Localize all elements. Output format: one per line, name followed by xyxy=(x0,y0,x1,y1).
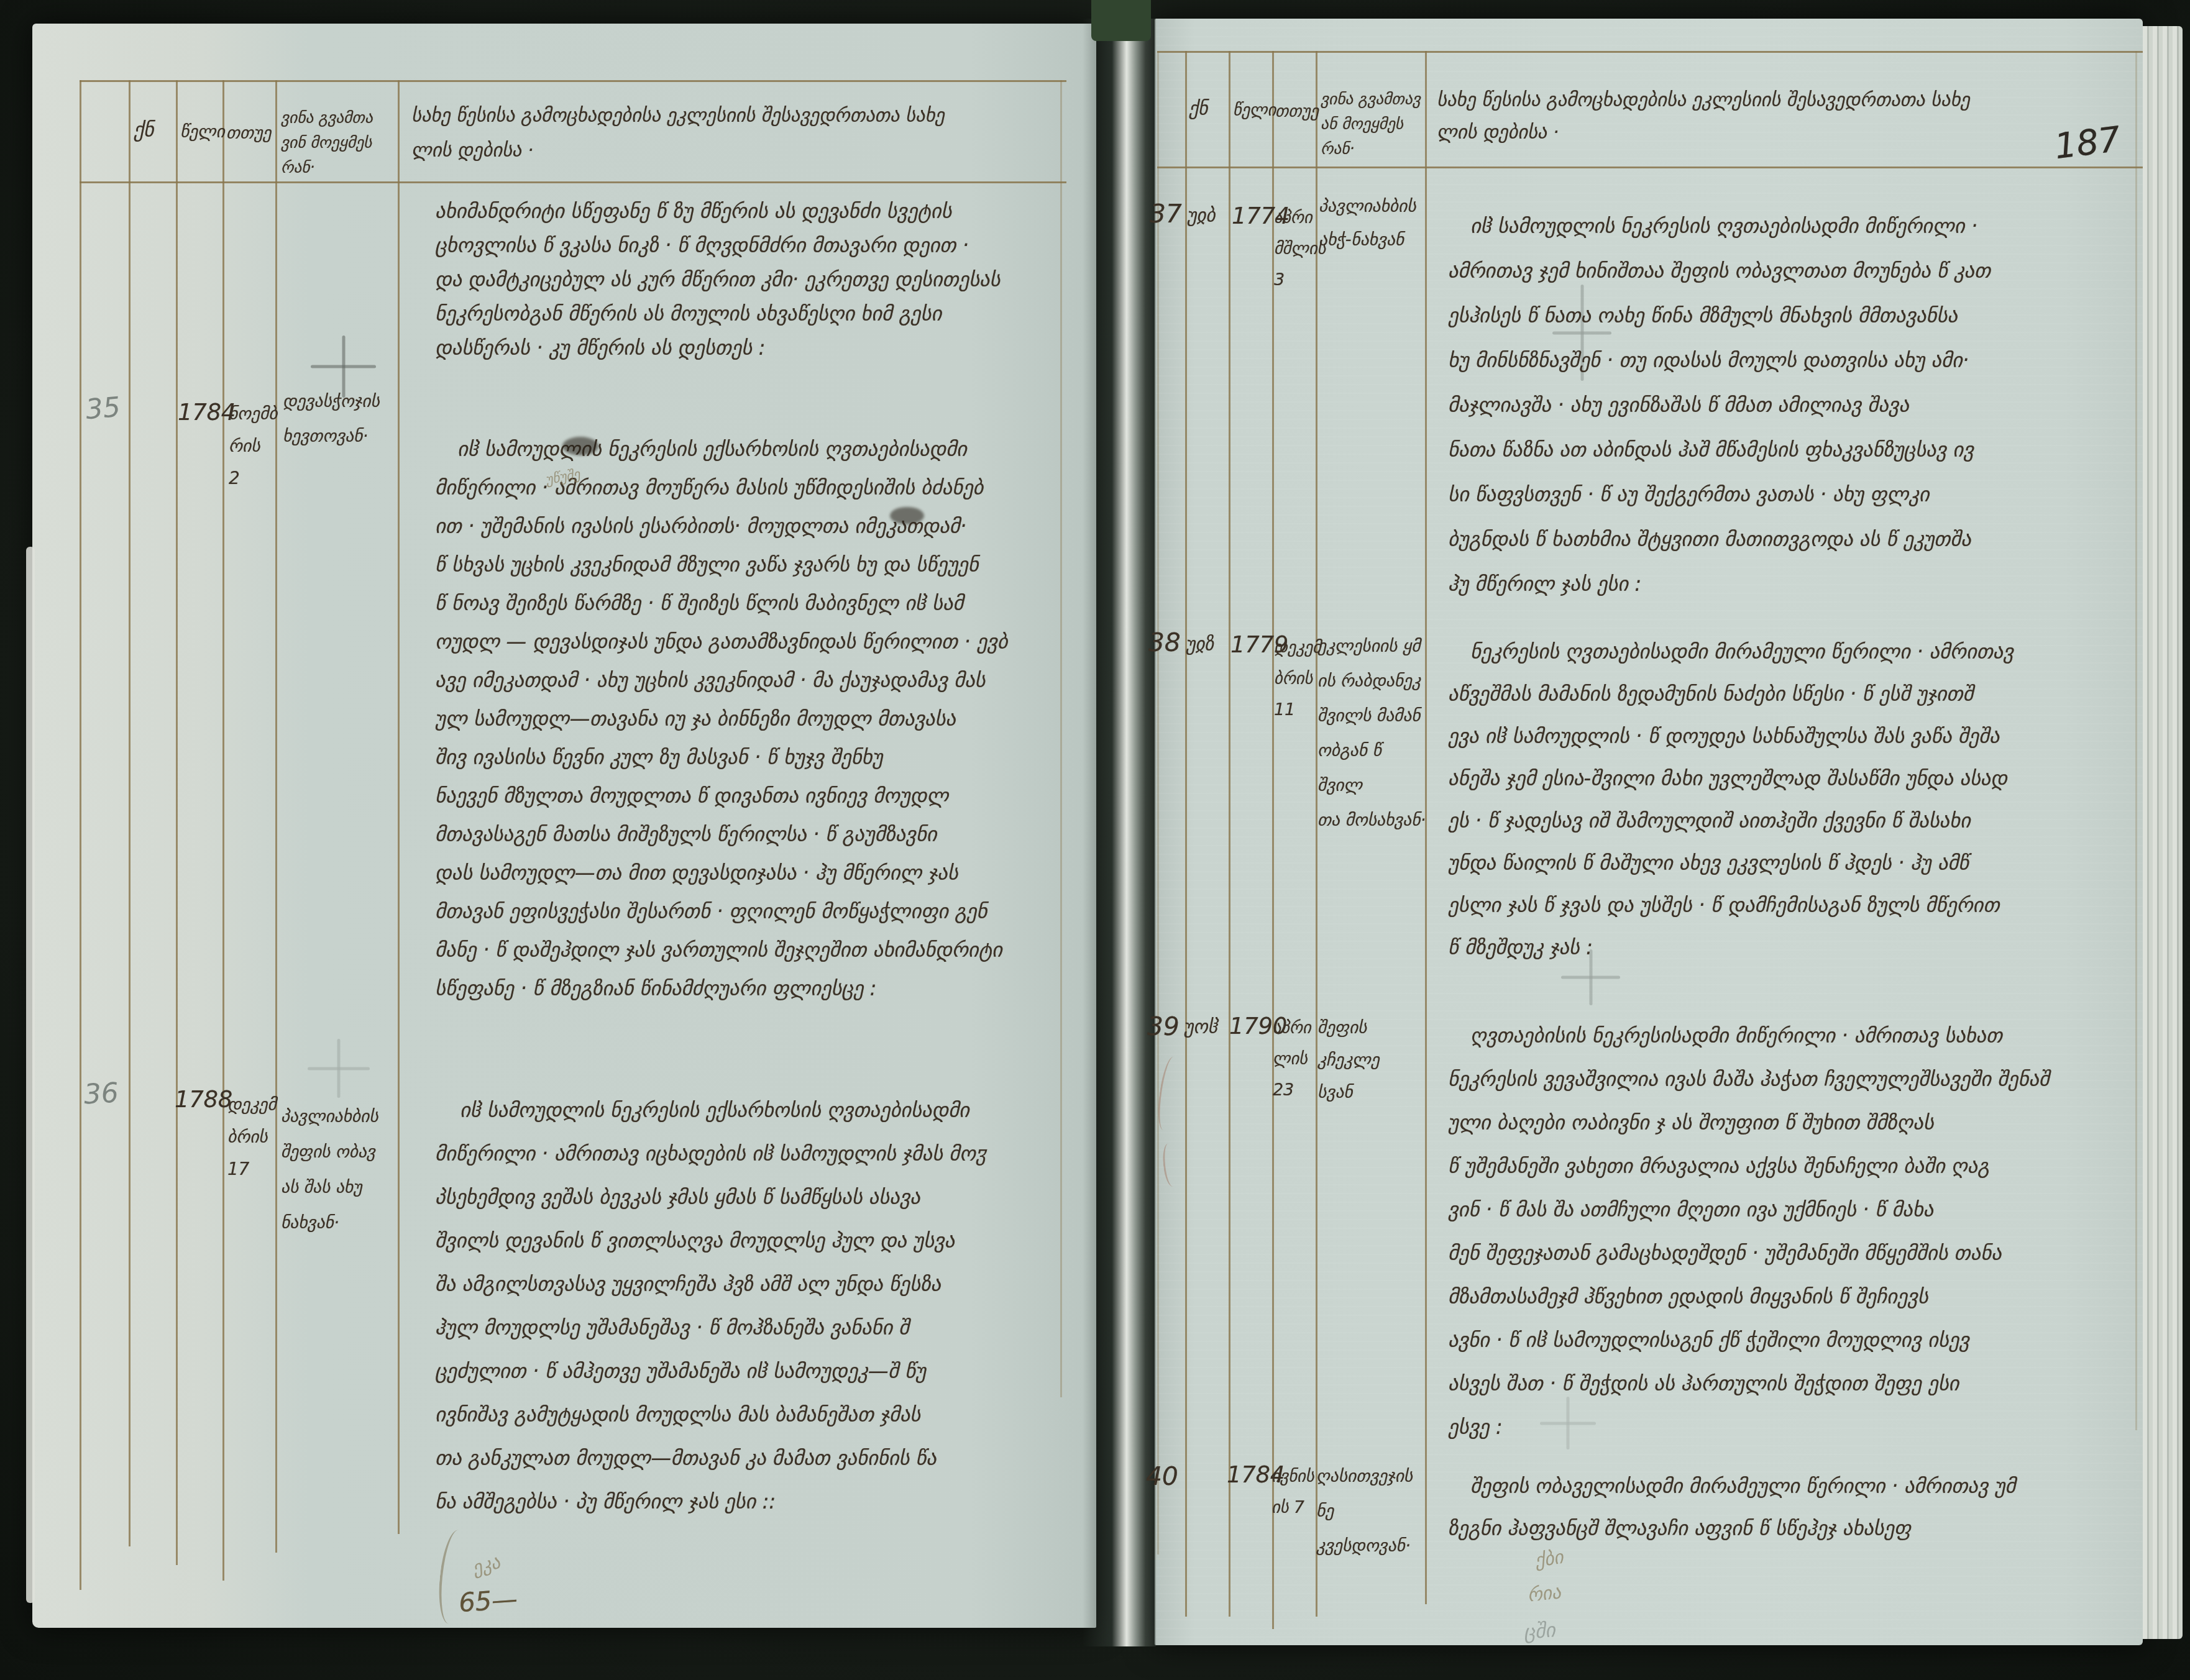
rule-line xyxy=(1185,51,1187,1617)
rule-line xyxy=(1157,51,1159,1554)
rule-line xyxy=(129,80,131,1546)
entry-body: იჱ სამოუდლის ნეკრესის ღვთაებისადმი მიწერ… xyxy=(1448,204,2128,606)
page-number: 187 xyxy=(2052,119,2122,167)
ink-blot xyxy=(890,507,924,524)
rule-line xyxy=(275,80,277,1553)
underlying-page-edge xyxy=(26,547,35,1603)
entry-chronicon: უჲბ xyxy=(1187,205,1216,227)
pencil-cross-icon xyxy=(1561,949,1620,1005)
entry-month: ივნის ის 7 xyxy=(1271,1461,1316,1523)
header-subject-label: სახე წესისა გამოცხადებისა ეკლესიის შესავ… xyxy=(1437,84,2096,148)
rule-line xyxy=(2135,51,2137,1430)
binding-cloth xyxy=(1091,0,1151,41)
ink-blot xyxy=(562,437,598,455)
rule-line xyxy=(80,80,81,1590)
entry-continuation-text: ახიმანდრიტი სწეფანე წ ზუ მწერის ას დევან… xyxy=(435,194,1063,365)
header-who-label: ვინა გვამთა ვინ მოეყმეს რან· xyxy=(281,106,399,180)
entry-name: შეფის კჩეკლე სვან xyxy=(1317,1011,1429,1108)
header-who-label: ვინა გვამთავ ან მოეყმეს რან· xyxy=(1321,87,1432,162)
entry-name: ეკლესიის ყმ ის რაბდანეკ შვილს მამან ობგა… xyxy=(1317,629,1429,838)
entry-body: ღვთაებისის ნეკრესისადმი მიწერილი · ამრით… xyxy=(1448,1014,2128,1449)
entry-number: 40 xyxy=(1146,1461,1178,1491)
header-no-label: ქნ xyxy=(1189,98,1226,120)
entry-chronicon: უოჱ xyxy=(1184,1016,1217,1038)
entry-name: ღასითვეჯის ნე კვესდოვან· xyxy=(1316,1459,1434,1563)
rule-line xyxy=(80,80,1066,82)
header-year-label: წელი xyxy=(1233,101,1274,120)
entry-number: 38 xyxy=(1148,628,1181,657)
rule-line xyxy=(1157,167,2143,168)
book-gutter xyxy=(1083,19,1156,1646)
entry-chronicon: უჲზ xyxy=(1186,634,1214,655)
entry-month: დეკემ ბრის 11 xyxy=(1274,632,1317,726)
rule-line xyxy=(222,80,224,1581)
entry-body: იჱ სამოუდლის ნეკრესის ექსარხოსის ღვთაები… xyxy=(435,1089,1069,1523)
entry-month: აპრი ლის 23 xyxy=(1273,1013,1316,1106)
rule-line xyxy=(398,80,400,1534)
rule-line xyxy=(1157,51,2143,53)
entry-name: პავლიახბის ახჭ-ნახვან xyxy=(1319,189,1427,257)
pencil-scribble: ცში xyxy=(1523,1618,1556,1643)
rule-line xyxy=(176,80,178,1565)
entry-month: ნოემბ რის 2 xyxy=(229,398,275,495)
entry-body: შეფის ობაველისადმი მირამეული წერილი · ამ… xyxy=(1448,1465,2128,1550)
rule-line xyxy=(80,181,1066,183)
header-year-label: წელი xyxy=(180,121,224,142)
entry-year: 1788 xyxy=(175,1086,232,1113)
pencil-cross-icon xyxy=(1540,1397,1596,1449)
page-edges xyxy=(2143,26,2183,1639)
pencil-cross-icon xyxy=(311,336,376,398)
entry-month: დეკემ ბრის 17 xyxy=(227,1089,274,1185)
margin-number: 35 xyxy=(85,391,122,426)
rule-line xyxy=(1229,51,1230,1617)
pencil-cross-icon xyxy=(308,1039,370,1098)
folio-ink-number: 65— xyxy=(457,1584,518,1618)
manuscript-photo: ქნ წელი თთუე ვინა გვამთა ვინ მოეყმეს რან… xyxy=(0,0,2190,1680)
entry-year: 1784 xyxy=(178,399,236,426)
pencil-scribble: ქბი xyxy=(1534,1546,1565,1572)
entry-body: იჱ სამოუდლის ნეკრესის ექსარხოსის ღვთაები… xyxy=(435,430,1069,1008)
header-month-label: თთუე xyxy=(226,122,276,143)
entry-number: 37 xyxy=(1150,199,1182,229)
header-no-label: ქნ xyxy=(134,118,174,142)
entry-number: 39 xyxy=(1147,1011,1180,1041)
entry-name: პავლიახბის შეფის ობავ ას შას ახუ ნახვან· xyxy=(281,1098,402,1240)
pencil-scribble: რია xyxy=(1526,1581,1562,1606)
header-month-label: თთუე xyxy=(1275,102,1319,121)
entry-body: ნეკრესის ღვთაებისადმი მირამეული წერილი ·… xyxy=(1448,631,2128,969)
margin-number: 36 xyxy=(83,1077,119,1111)
entry-month: აპრი მშლის 3 xyxy=(1274,203,1317,296)
header-subject-label: სახე წესისა გამოცხადებისა ეკლესიის შესავ… xyxy=(411,98,1045,168)
